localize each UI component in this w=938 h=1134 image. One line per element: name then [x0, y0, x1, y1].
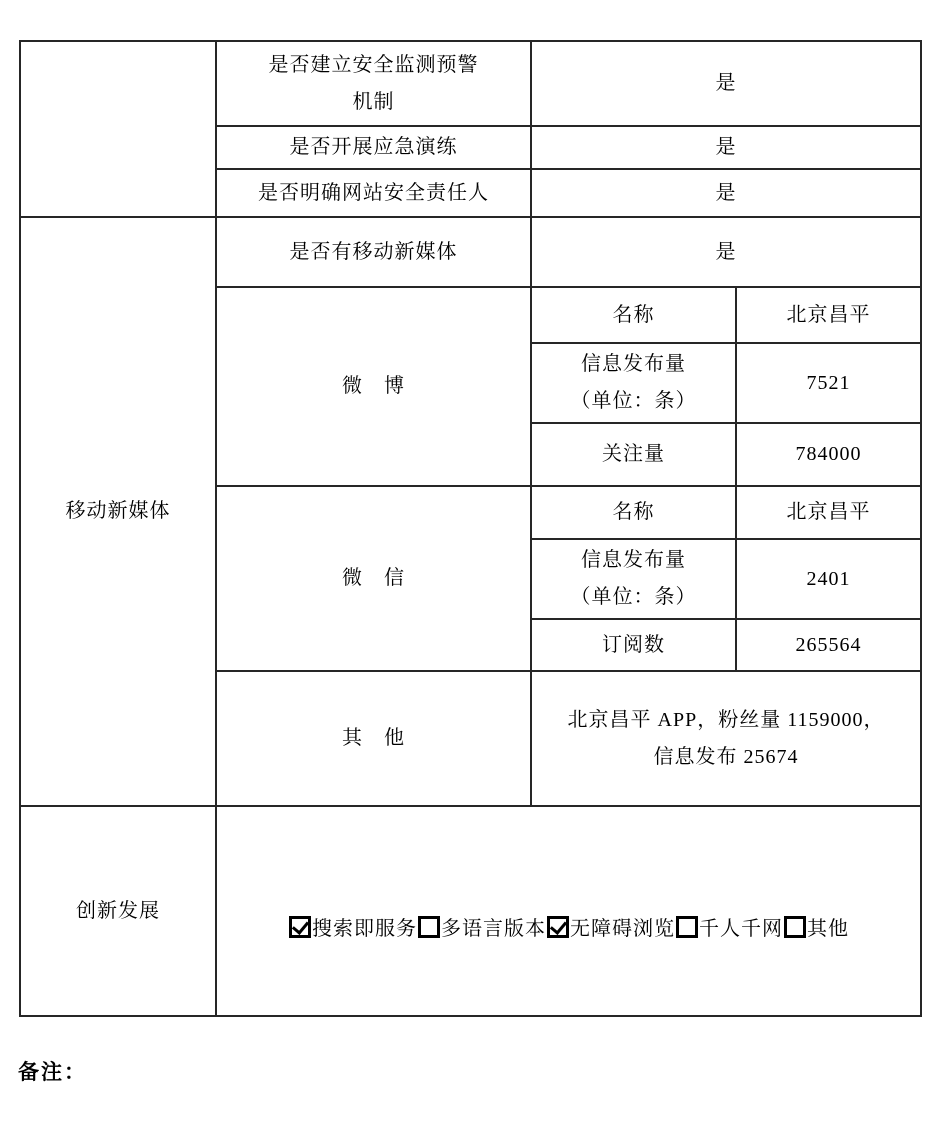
table-row: 移动新媒体 是否有移动新媒体 是 [20, 217, 921, 287]
annual-report-table: 是否建立安全监测预警 机制 是 是否开展应急演练 是 是否明确网站安全责任人 是… [19, 40, 922, 1017]
row-label-has-mobile-media: 是否有移动新媒体 [216, 217, 531, 287]
innovation-options: 搜索即服务多语言版本无障碍浏览千人千网其他 [288, 918, 849, 940]
checkbox-checked-icon[interactable] [547, 916, 569, 938]
wechat-name-value: 北京昌平 [736, 486, 921, 539]
weibo-name-value: 北京昌平 [736, 287, 921, 343]
innovation-cell: 搜索即服务多语言版本无障碍浏览千人千网其他 [216, 806, 921, 1016]
row-label-security-officer: 是否明确网站安全责任人 [216, 169, 531, 217]
row-value-security-officer: 是 [531, 169, 921, 217]
weibo-followers-label: 关注量 [531, 423, 736, 486]
remark-label: 备注： [18, 1056, 87, 1086]
row-label-security-monitoring: 是否建立安全监测预警 机制 [216, 41, 531, 126]
group-label-wechat: 微 信 [216, 486, 531, 671]
table-row: 是否建立安全监测预警 机制 是 [20, 41, 921, 126]
weibo-posts-label: 信息发布量 （单位：条） [531, 343, 736, 423]
section-label-mobile-media: 移动新媒体 [20, 217, 216, 806]
row-value-emergency-drill: 是 [531, 126, 921, 169]
innovation-checkbox-label: 多语言版本 [441, 918, 546, 940]
report-page: 是否建立安全监测预警 机制 是 是否开展应急演练 是 是否明确网站安全责任人 是… [0, 0, 938, 1134]
wechat-posts-label: 信息发布量 （单位：条） [531, 539, 736, 619]
checkbox-unchecked-icon[interactable] [784, 916, 806, 938]
table-row: 创新发展 搜索即服务多语言版本无障碍浏览千人千网其他 [20, 806, 921, 1016]
innovation-checkbox-label: 无障碍浏览 [570, 918, 675, 940]
weibo-name-label: 名称 [531, 287, 736, 343]
checkbox-unchecked-icon[interactable] [418, 916, 440, 938]
checkbox-checked-icon[interactable] [289, 916, 311, 938]
wechat-posts-value: 2401 [736, 539, 921, 619]
innovation-checkbox-label: 搜索即服务 [312, 918, 417, 940]
row-label-emergency-drill: 是否开展应急演练 [216, 126, 531, 169]
wechat-subscribers-value: 265564 [736, 619, 921, 671]
group-label-other: 其 他 [216, 671, 531, 806]
other-media-value: 北京昌平 APP，粉丝量 1159000， 信息发布 25674 [531, 671, 921, 806]
innovation-checkbox-label: 其他 [807, 918, 849, 940]
row-value-has-mobile-media: 是 [531, 217, 921, 287]
weibo-followers-value: 784000 [736, 423, 921, 486]
weibo-posts-value: 7521 [736, 343, 921, 423]
wechat-name-label: 名称 [531, 486, 736, 539]
row-value-security-monitoring: 是 [531, 41, 921, 126]
group-label-weibo: 微 博 [216, 287, 531, 486]
checkbox-unchecked-icon[interactable] [676, 916, 698, 938]
section-label-innovation: 创新发展 [20, 806, 216, 1016]
wechat-subscribers-label: 订阅数 [531, 619, 736, 671]
innovation-checkbox-label: 千人千网 [699, 918, 783, 940]
section-cell-empty [20, 41, 216, 217]
